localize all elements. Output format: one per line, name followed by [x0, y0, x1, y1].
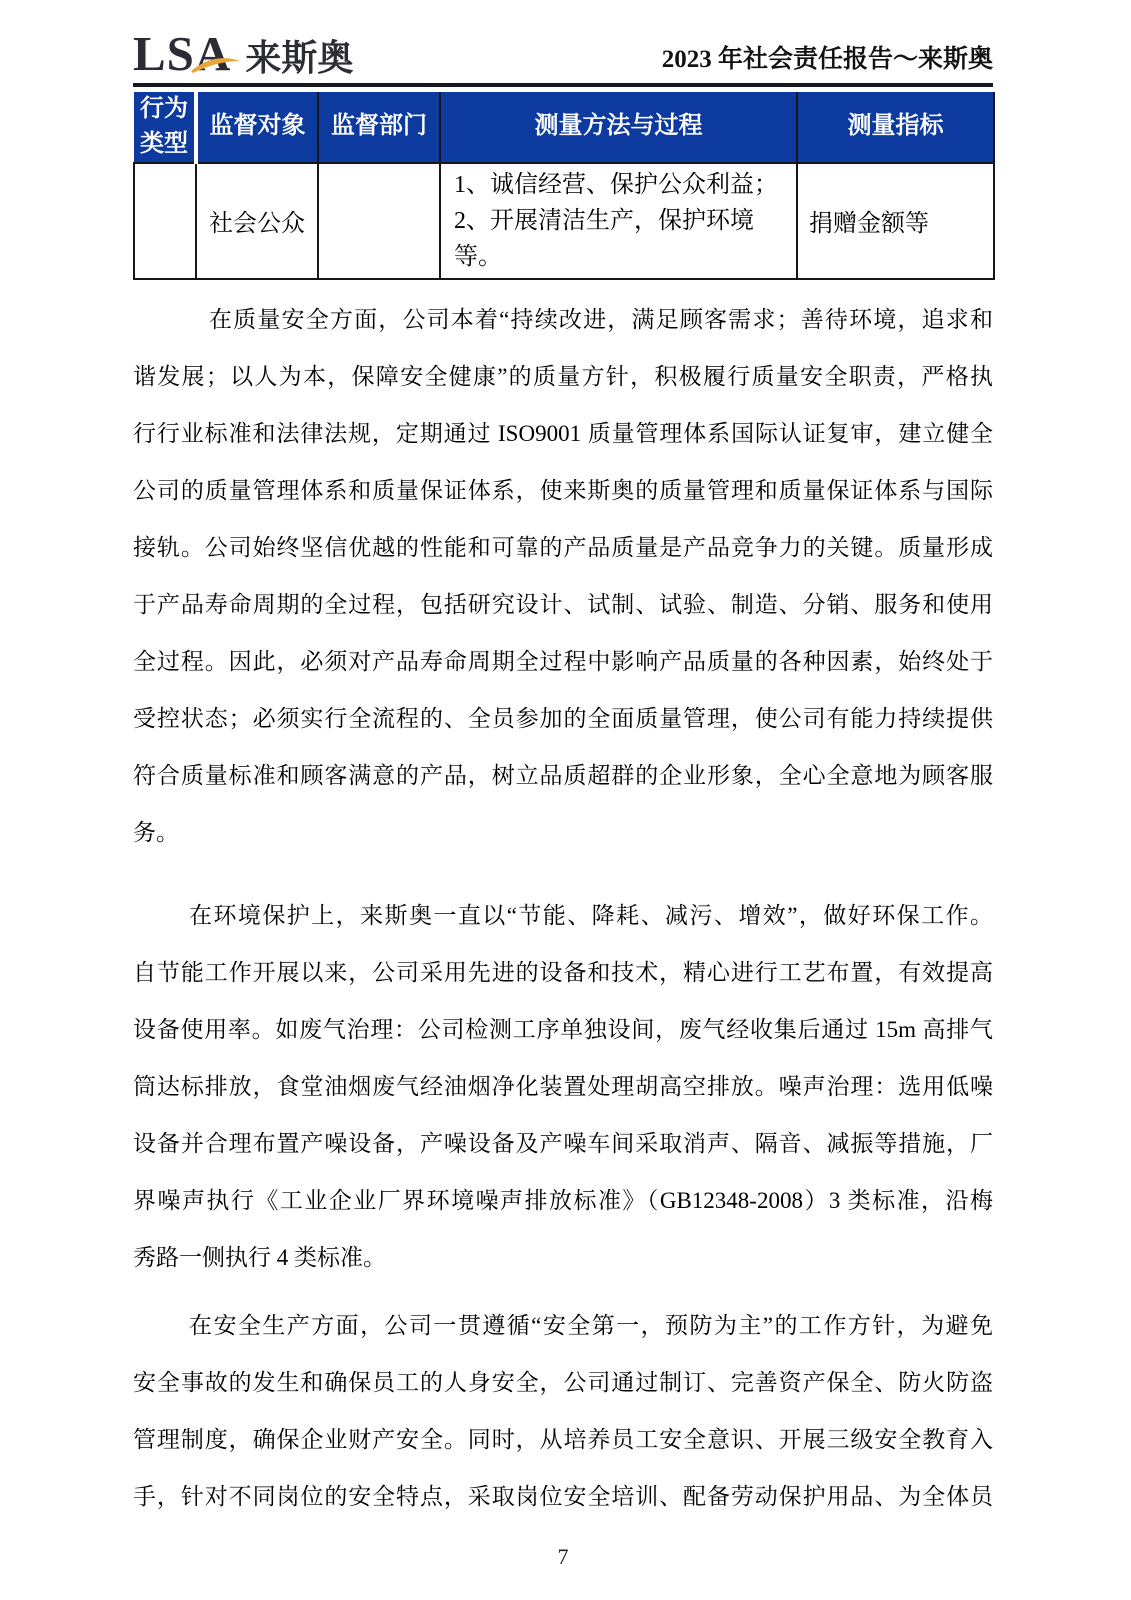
text-line: 公司的质量管理体系和质量保证体系，使来斯奥的质量管理和质量保证体系与国际 [133, 462, 993, 519]
text-line: 全过程。因此，必须对产品寿命周期全过程中影响产品质量的各种因素，始终处于 [133, 633, 993, 690]
cell-measurement-indicator: 捐赠金额等 [797, 163, 994, 279]
text-line: 界噪声执行《工业企业厂界环境噪声排放标准》（GB12348-2008）3 类标准… [133, 1172, 993, 1229]
text-line: 符合质量标准和顾客满意的产品，树立品质超群的企业形象，全心全意地为顾客服 [133, 747, 993, 804]
text-line: 管理制度，确保企业财产安全。同时，从培养员工安全意识、开展三级安全教育入 [133, 1411, 993, 1468]
col-header-measurement-indicator: 测量指标 [797, 92, 994, 163]
paragraph: 在安全生产方面，公司一贯遵循“安全第一，预防为主”的工作方针，为避免安全事故的发… [133, 1297, 993, 1525]
supervision-table: 行为类型 监督对象 监督部门 测量方法与过程 测量指标 社会公众 1、诚信经营、… [133, 92, 995, 280]
text-line: 接轨。公司始终坚信优越的性能和可靠的产品质量是产品竞争力的关键。质量形成 [133, 519, 993, 576]
text-line: 务。 [133, 804, 993, 861]
document-page: LSA 来斯奥 2023 年社会责任报告～来斯奥 行为类型 监督对象 监督部门 … [0, 0, 1131, 1600]
col-header-behavior-type: 行为类型 [134, 92, 196, 163]
text-line: 谐发展；以人为本，保障安全健康”的质量方针，积极履行质量安全职责，严格执 [133, 348, 993, 405]
text-line: 设备使用率。如废气治理：公司检测工序单独设间，废气经收集后通过 15m 高排气 [133, 1001, 993, 1058]
cell-supervised-object: 社会公众 [196, 163, 318, 279]
text-line: 筒达标排放，食堂油烟废气经油烟净化装置处理胡高空排放。噪声治理：选用低噪 [133, 1058, 993, 1115]
company-logo: LSA 来斯奥 [133, 29, 353, 78]
text-line: 设备并合理布置产噪设备，产噪设备及产噪车间采取消声、隔音、减振等措施，厂 [133, 1115, 993, 1172]
cell-measurement-method: 1、诚信经营、保护公众利益； 2、开展清洁生产，保护环境等。 [440, 163, 797, 279]
text-line: 在环境保护上，来斯奥一直以“节能、降耗、减污、增效”，做好环保工作。 [133, 887, 993, 944]
cell-supervising-department [318, 163, 440, 279]
col-header-supervising-department: 监督部门 [318, 92, 440, 163]
method-line-2: 2、开展清洁生产，保护环境等。 [454, 203, 788, 275]
text-line: 在质量安全方面，公司本着“持续改进，满足顾客需求；善待环境，追求和 [133, 291, 993, 348]
table-header-row: 行为类型 监督对象 监督部门 测量方法与过程 测量指标 [134, 92, 994, 163]
paragraph: 在质量安全方面，公司本着“持续改进，满足顾客需求；善待环境，追求和谐发展；以人为… [133, 291, 993, 861]
text-line: 在安全生产方面，公司一贯遵循“安全第一，预防为主”的工作方针，为避免 [133, 1297, 993, 1354]
header-rule [133, 83, 993, 87]
text-line: 于产品寿命周期的全过程，包括研究设计、试制、试验、制造、分销、服务和使用 [133, 576, 993, 633]
method-line-1: 1、诚信经营、保护公众利益； [454, 167, 788, 203]
page-number: 7 [133, 1544, 993, 1570]
page-header: LSA 来斯奥 2023 年社会责任报告～来斯奥 [133, 28, 993, 78]
body-paragraphs: 在质量安全方面，公司本着“持续改进，满足顾客需求；善待环境，追求和谐发展；以人为… [133, 291, 993, 1525]
col-header-measurement-method: 测量方法与过程 [440, 92, 797, 163]
text-line: 受控状态；必须实行全流程的、全员参加的全面质量管理，使公司有能力持续提供 [133, 690, 993, 747]
text-line: 手，针对不同岗位的安全特点，采取岗位安全培训、配备劳动保护用品、为全体员 [133, 1468, 993, 1525]
table-row: 社会公众 1、诚信经营、保护公众利益； 2、开展清洁生产，保护环境等。 捐赠金额… [134, 163, 994, 279]
text-line: 秀路一侧执行 4 类标准。 [133, 1229, 993, 1286]
paragraph: 在环境保护上，来斯奥一直以“节能、降耗、减污、增效”，做好环保工作。自节能工作开… [133, 887, 993, 1286]
report-header-title: 2023 年社会责任报告～来斯奥 [662, 39, 993, 78]
col-header-supervised-object: 监督对象 [196, 92, 318, 163]
text-line: 安全事故的发生和确保员工的人身安全，公司通过制订、完善资产保全、防火防盗 [133, 1354, 993, 1411]
logo-swoosh-icon [190, 55, 242, 75]
logo-chinese-text: 来斯奥 [245, 40, 353, 76]
cell-behavior-type [134, 163, 196, 279]
text-line: 行行业标准和法律法规，定期通过 ISO9001 质量管理体系国际认证复审，建立健… [133, 405, 993, 462]
text-line: 自节能工作开展以来，公司采用先进的设备和技术，精心进行工艺布置，有效提高 [133, 944, 993, 1001]
